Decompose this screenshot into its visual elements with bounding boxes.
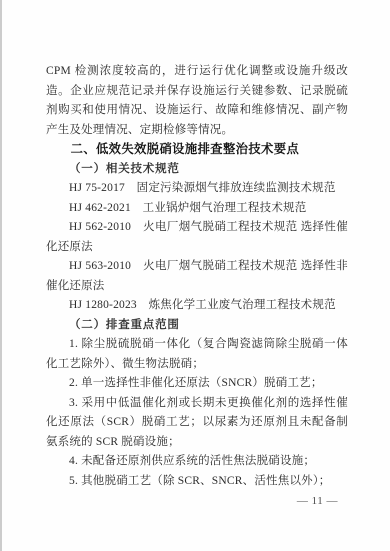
subsection-heading-related-specs: （一）相关技术规范 <box>46 160 348 180</box>
list-item-5: 5. 其他脱硝工艺（除 SCR、SNCR、活性焦以外）； <box>46 472 348 492</box>
list-item-1: 1. 除尘脱硫脱硝一体化（复合陶瓷滤筒除尘脱硝一体化工艺除外）、微生物法脱硝； <box>46 335 348 374</box>
standard-line-hj562: HJ 562-2010 火电厂烟气脱硝工程技术规范 选择性催化还原法 <box>46 218 348 257</box>
document-page: CPM 检测浓度较高的，进行运行优化调整或设施升级改造。企业应规范记录并保存设施… <box>0 0 390 551</box>
list-item-2: 2. 单一选择性非催化还原法（SNCR）脱硝工艺； <box>46 374 348 394</box>
page-content: CPM 检测浓度较高的，进行运行优化调整或设施升级改造。企业应规范记录并保存设施… <box>46 62 348 512</box>
standard-line-hj1280: HJ 1280-2023 炼焦化学工业废气治理工程技术规范 <box>46 296 348 316</box>
list-item-4: 4. 未配备还原剂供应系统的活性焦法脱硝设施； <box>46 452 348 472</box>
section-heading-denox-inspection: 二、低效失效脱硝设施排查整治技术要点 <box>46 140 348 160</box>
page-left-scan-edge <box>0 0 2 551</box>
subsection-heading-key-scope: （二）排查重点范围 <box>46 316 348 336</box>
standard-line-hj462: HJ 462-2021 工业锅炉烟气治理工程技术规范 <box>46 199 348 219</box>
standard-line-hj75: HJ 75-2017 固定污染源烟气排放连续监测技术规范 <box>46 179 348 199</box>
page-number: — 11 — <box>46 492 348 512</box>
paragraph-cpm-operation-records: CPM 检测浓度较高的，进行运行优化调整或设施升级改造。企业应规范记录并保存设施… <box>46 62 348 140</box>
list-item-3: 3. 采用中低温催化剂或长期未更换催化剂的选择性催化还原法（SCR）脱硝工艺；以… <box>46 394 348 453</box>
standard-line-hj563: HJ 563-2010 火电厂烟气脱硝工程技术规范 选择性非催化还原法 <box>46 257 348 296</box>
